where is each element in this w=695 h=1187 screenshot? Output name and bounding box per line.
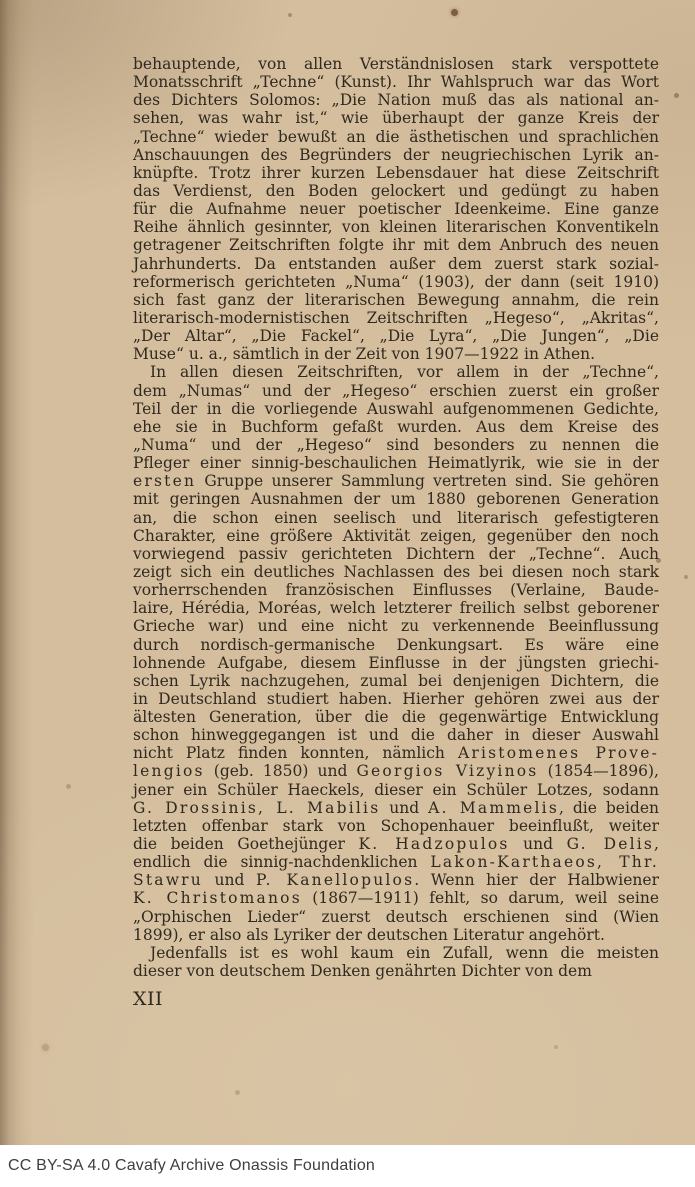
text-line: „Der Altar“, „Die Fackel“, „Die Lyra“, „… <box>133 327 659 345</box>
text-line: lohnende Aufgabe, diesem Einflusse in de… <box>133 654 659 672</box>
text-line: Pfleger einer sinnig-beschaulichen Heima… <box>133 454 659 472</box>
text-line: sehen, was wahr ist,“ wie überhaupt der … <box>133 109 659 127</box>
text-line: die beiden Goethejünger K. Hadzopulos un… <box>133 835 659 853</box>
text-line: ältesten Generation, über die die gegenw… <box>133 708 659 726</box>
text-line: Jedenfalls ist es wohl kaum ein Zufall, … <box>133 944 659 962</box>
foxing-spot <box>451 9 458 16</box>
text-line: Muse“ u. a., sämtlich in der Zeit von 19… <box>133 345 659 363</box>
text-line: laire, Hérédia, Moréas, welch letzterer … <box>133 599 659 617</box>
text-line: jener ein Schüler Haeckels, dieser ein S… <box>133 781 659 799</box>
text-line: literarisch-modernistischen Zeitschrifte… <box>133 309 659 327</box>
text-line: behauptende, von allen Verständnislosen … <box>133 55 659 73</box>
text-line: ehe sie in Buchform gefaßt wurden. Aus d… <box>133 418 659 436</box>
license-bar: CC BY-SA 4.0 Cavafy Archive Onassis Foun… <box>0 1145 695 1187</box>
text-line: des Dichters Solomos: „Die Nation muß da… <box>133 91 659 109</box>
foxing-spot <box>554 1045 558 1049</box>
text-line: durch nordisch-germanische Denkungsart. … <box>133 636 659 654</box>
text-line: In allen diesen Zeitschriften, vor allem… <box>133 363 659 381</box>
text-line: vorherrschenden französischen Einflusses… <box>133 581 659 599</box>
text-line: getragener Zeitschriften folgte ihr mit … <box>133 236 659 254</box>
text-line: Teil der in die vorliegende Auswahl aufg… <box>133 400 659 418</box>
foxing-spot <box>66 784 71 789</box>
text-line: „Numa“ und der „Hegeso“ sind besonders z… <box>133 436 659 454</box>
text-line: schon hinweggegangen ist und die daher i… <box>133 726 659 744</box>
license-text: CC BY-SA 4.0 Cavafy Archive Onassis Foun… <box>0 1157 375 1175</box>
text-line: lengios (geb. 1850) und Georgios Vizyino… <box>133 762 659 780</box>
text-line: Anschauungen des Begründers der neugriec… <box>133 146 659 164</box>
text-line: zeigt sich ein deutliches Nachlassen des… <box>133 563 659 581</box>
text-line: Reihe ähnlich gesinnter, von kleinen lit… <box>133 218 659 236</box>
foxing-spot <box>42 1044 49 1051</box>
page-number: XII <box>133 988 163 1010</box>
text-line: vorwiegend passiv gerichteten Dichtern d… <box>133 545 659 563</box>
text-line: K. Christomanos (1867—1911) fehlt, so da… <box>133 889 659 907</box>
text-line: in Deutschland studiert haben. Hierher g… <box>133 690 659 708</box>
foxing-spot <box>674 93 679 98</box>
text-line: dieser von deutschem Denken genährten Di… <box>133 962 659 980</box>
text-line: „Techne“ wieder bewußt an die ästhetisch… <box>133 128 659 146</box>
text-line: 1899), er also als Lyriker der deutschen… <box>133 926 659 944</box>
scanned-book-page: behauptende, von allen Verständnislosen … <box>0 0 695 1145</box>
text-line: knüpfte. Trotz ihrer kurzen Lebensdauer … <box>133 164 659 182</box>
text-line: reformerisch gerichteten „Numa“ (1903), … <box>133 273 659 291</box>
text-line: für die Aufnahme neuer poetischer Ideenk… <box>133 200 659 218</box>
text-line: nicht Platz finden konnten, nämlich Aris… <box>133 744 659 762</box>
page-text: behauptende, von allen Verständnislosen … <box>133 55 659 980</box>
text-line: schen Lyrik nachzugehen, zumal bei denje… <box>133 672 659 690</box>
foxing-spot <box>288 13 292 17</box>
text-line: das Verdienst, den Boden gelockert und g… <box>133 182 659 200</box>
text-line: sich fast ganz der literarischen Bewegun… <box>133 291 659 309</box>
text-line: G. Drossinis, L. Mabilis und A. Mammelis… <box>133 799 659 817</box>
text-line: endlich die sinnig-nachdenklichen Lakon-… <box>133 853 659 871</box>
text-line: Grieche war) und eine nicht zu verkennen… <box>133 617 659 635</box>
text-line: Charakter, eine größere Aktivität zeigen… <box>133 527 659 545</box>
text-line: Stawru und P. Kanellopulos. Wenn hier de… <box>133 871 659 889</box>
foxing-spot <box>235 1090 240 1095</box>
text-line: dem „Numas“ und der „Hegeso“ erschien zu… <box>133 382 659 400</box>
text-line: mit geringen Ausnahmen der um 1880 gebor… <box>133 490 659 508</box>
text-line: „Orphischen Lieder“ zuerst deutsch ersch… <box>133 908 659 926</box>
text-line: letzten offenbar stark von Schopenhauer … <box>133 817 659 835</box>
text-line: Jahrhunderts. Da entstanden außer dem zu… <box>133 255 659 273</box>
text-line: Monatsschrift „Techne“ (Kunst). Ihr Wahl… <box>133 73 659 91</box>
text-line: ersten Gruppe unserer Sammlung vertreten… <box>133 472 659 490</box>
text-line: an, die schon einen seelisch und literar… <box>133 509 659 527</box>
foxing-spot <box>684 575 688 579</box>
